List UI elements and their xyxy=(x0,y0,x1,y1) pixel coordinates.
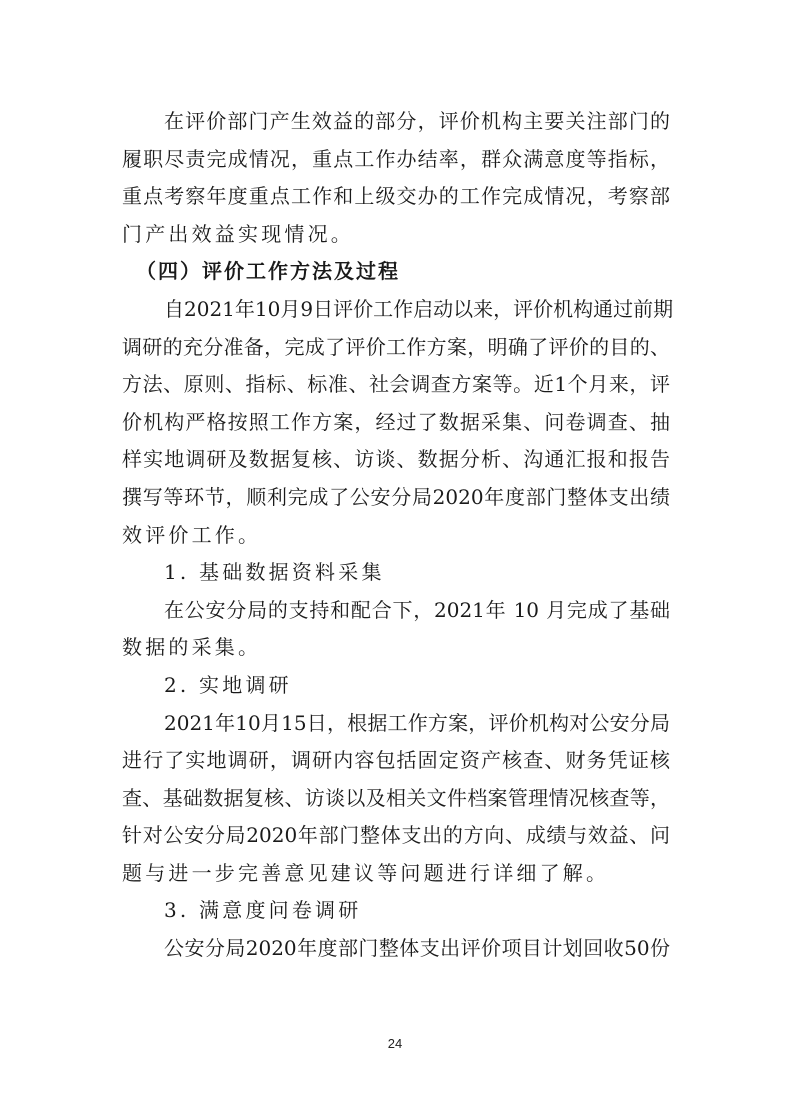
paragraph-process-line-5: 样实地调研及数据复核、访谈、数据分析、沟通汇报和报告 xyxy=(122,441,670,479)
paragraph-benefit-line-1: 在评价部门产生效益的部分，评价机构主要关注部门的 xyxy=(122,103,670,141)
paragraph-data-collection-line-1: 在公安分局的支持和配合下，2021年 10 月完成了基础 xyxy=(122,592,670,630)
paragraph-benefit-line-4: 门产出效益实现情况。 xyxy=(122,216,670,254)
paragraph-process-line-3: 方法、原则、指标、标准、社会调查方案等。近1个月来，评 xyxy=(122,366,670,404)
section-heading-methods: （四）评价工作方法及过程 xyxy=(122,253,670,291)
subheading-data-collection: 1. 基础数据资料采集 xyxy=(122,554,670,592)
paragraph-field-research-line-4: 针对公安分局2020年部门整体支出的方向、成绩与效益、问 xyxy=(122,817,670,855)
paragraph-satisfaction-survey-line-1: 公安分局2020年度部门整体支出评价项目计划回收50份 xyxy=(122,930,670,968)
paragraph-data-collection-line-2: 数据的采集。 xyxy=(122,629,670,667)
paragraph-benefit-line-2: 履职尽责完成情况，重点工作办结率，群众满意度等指标， xyxy=(122,141,670,179)
paragraph-field-research-line-1: 2021年10月15日，根据工作方案，评价机构对公安分局 xyxy=(122,705,670,743)
subheading-field-research: 2. 实地调研 xyxy=(122,667,670,705)
paragraph-field-research-line-5: 题与进一步完善意见建议等问题进行详细了解。 xyxy=(122,855,670,893)
document-page: 在评价部门产生效益的部分，评价机构主要关注部门的 履职尽责完成情况，重点工作办结… xyxy=(122,103,670,968)
paragraph-process-line-6: 撰写等环节，顺利完成了公安分局2020年度部门整体支出绩 xyxy=(122,479,670,517)
paragraph-process-line-7: 效评价工作。 xyxy=(122,517,670,555)
paragraph-process-line-4: 价机构严格按照工作方案，经过了数据采集、问卷调查、抽 xyxy=(122,404,670,442)
paragraph-process-line-1: 自2021年10月9日评价工作启动以来，评价机构通过前期 xyxy=(122,291,670,329)
paragraph-benefit-line-3: 重点考察年度重点工作和上级交办的工作完成情况，考察部 xyxy=(122,178,670,216)
page-number: 24 xyxy=(0,1036,790,1051)
paragraph-field-research-line-2: 进行了实地调研，调研内容包括固定资产核查、财务凭证核 xyxy=(122,742,670,780)
subheading-satisfaction-survey: 3. 满意度问卷调研 xyxy=(122,892,670,930)
paragraph-process-line-2: 调研的充分准备，完成了评价工作方案，明确了评价的目的、 xyxy=(122,329,670,367)
paragraph-field-research-line-3: 查、基础数据复核、访谈以及相关文件档案管理情况核查等， xyxy=(122,780,670,818)
